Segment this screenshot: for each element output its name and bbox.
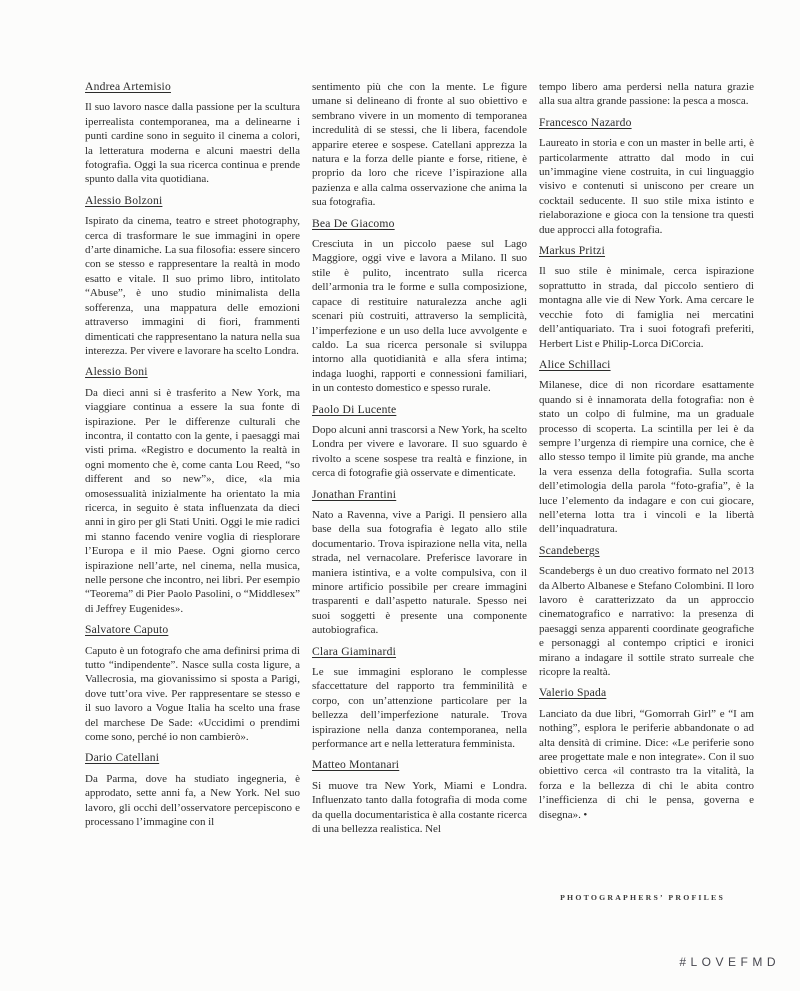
column-2: sentimento più che con la mente. Le figu… <box>312 80 527 844</box>
profile-body: Le sue immagini esplorano le complesse s… <box>312 665 527 751</box>
profile-body: Lanciato da due libri, “Gomorrah Girl” e… <box>539 707 754 822</box>
profile-heading: Paolo Di Lucente <box>312 403 527 417</box>
profile-body: Milanese, dice di non ricordare esattame… <box>539 378 754 536</box>
text-columns: Andrea ArtemisioIl suo lavoro nasce dall… <box>85 80 754 844</box>
profile-heading: Salvatore Caputo <box>85 623 300 637</box>
profile-body-continuation: tempo libero ama perdersi nella natura g… <box>539 80 754 109</box>
profile-heading: Jonathan Frantini <box>312 488 527 502</box>
profile-body: Laureato in storia e con un master in be… <box>539 136 754 237</box>
profile-body: Scandebergs è un duo creativo formato ne… <box>539 564 754 679</box>
profile-body: Il suo lavoro nasce dalla passione per l… <box>85 100 300 186</box>
watermark-lovefmd: #LOVEFMD <box>679 955 780 969</box>
profile-heading: Valerio Spada <box>539 686 754 700</box>
profile-heading: Alessio Boni <box>85 365 300 379</box>
profile-body: Caputo è un fotografo che ama definirsi … <box>85 644 300 745</box>
profile-body: Dopo alcuni anni trascorsi a New York, h… <box>312 423 527 481</box>
profile-heading: Francesco Nazardo <box>539 116 754 130</box>
profile-heading: Scandebergs <box>539 544 754 558</box>
profile-heading: Alessio Bolzoni <box>85 194 300 208</box>
profile-body: Da dieci anni si è trasferito a New York… <box>85 386 300 617</box>
profile-body: Cresciuta in un piccolo paese sul Lago M… <box>312 237 527 395</box>
section-footer-label: photographers’ profiles <box>560 893 725 902</box>
profile-body: Si muove tra New York, Miami e Londra. I… <box>312 779 527 837</box>
column-1: Andrea ArtemisioIl suo lavoro nasce dall… <box>85 80 300 844</box>
profile-body: Nato a Ravenna, vive a Parigi. Il pensie… <box>312 508 527 638</box>
magazine-page: Andrea ArtemisioIl suo lavoro nasce dall… <box>0 0 800 991</box>
profile-heading: Bea De Giacomo <box>312 217 527 231</box>
profile-heading: Andrea Artemisio <box>85 80 300 94</box>
profile-body: Ispirato da cinema, teatro e street phot… <box>85 214 300 358</box>
profile-heading: Clara Giaminardi <box>312 645 527 659</box>
profile-heading: Dario Catellani <box>85 751 300 765</box>
profile-body: Da Parma, dove ha studiato ingegneria, è… <box>85 772 300 830</box>
profile-body-continuation: sentimento più che con la mente. Le figu… <box>312 80 527 210</box>
profile-body: Il suo stile è minimale, cerca ispirazio… <box>539 264 754 350</box>
column-3: tempo libero ama perdersi nella natura g… <box>539 80 754 844</box>
profile-heading: Markus Pritzi <box>539 244 754 258</box>
profile-heading: Matteo Montanari <box>312 758 527 772</box>
profile-heading: Alice Schillaci <box>539 358 754 372</box>
